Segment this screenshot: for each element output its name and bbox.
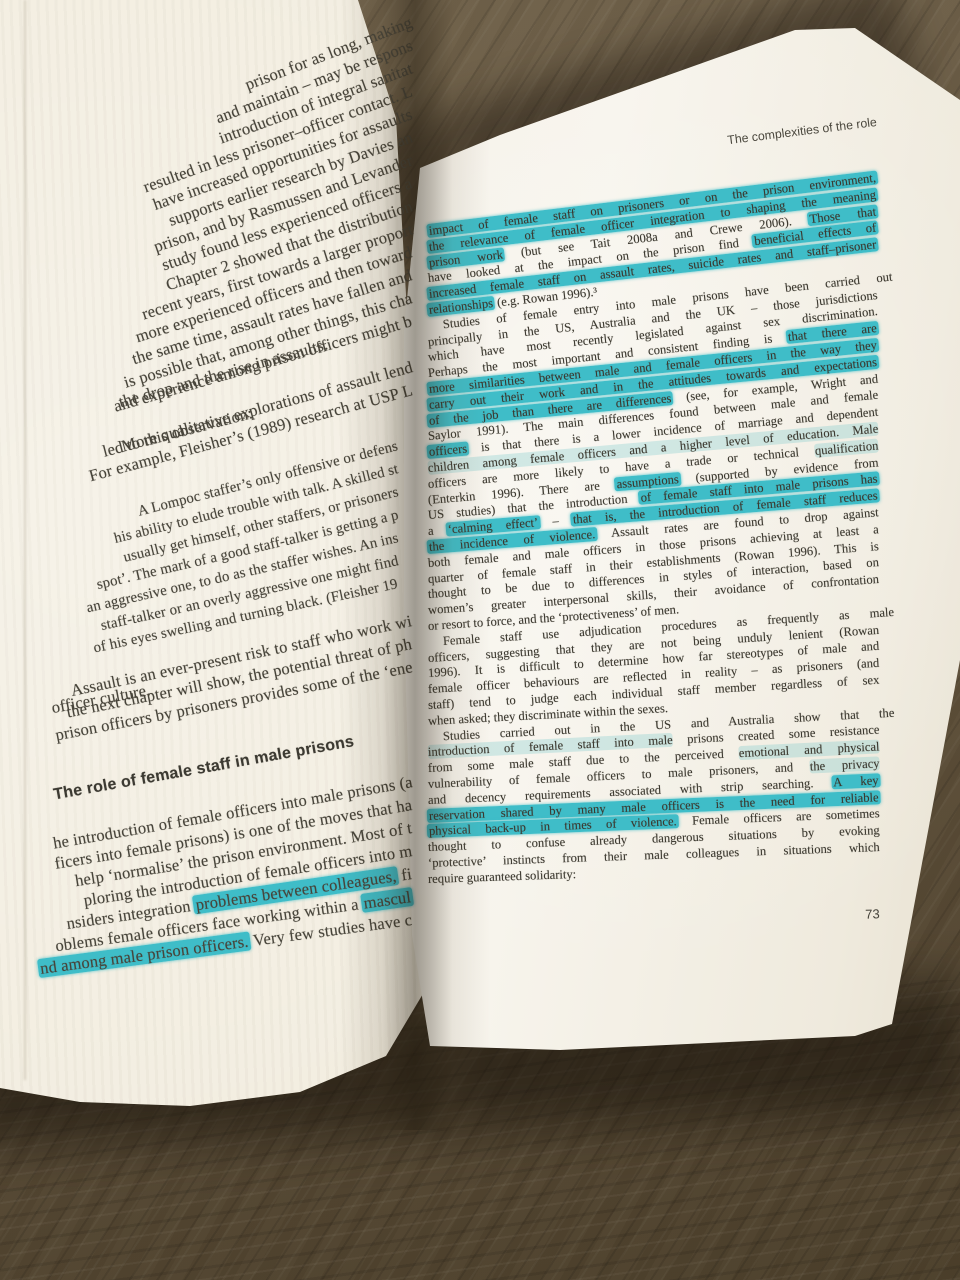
text-segment: – (539, 513, 573, 530)
right-page-text: The complexities of the role 73 impact o… (428, 170, 880, 990)
left-page-text: prison for as long, makingand maintain –… (0, 12, 412, 1012)
highlighted-text: mascul (360, 887, 414, 913)
highlighted-text: A key (831, 773, 881, 789)
book-photo: { "colors":{"highlight":"#3fbdc8","highl… (0, 0, 960, 1280)
page-number: 73 (428, 906, 880, 937)
text-segment: a (427, 523, 447, 538)
highlighted-text: the privacy (809, 756, 879, 773)
highlighted-text: officers (426, 442, 469, 460)
